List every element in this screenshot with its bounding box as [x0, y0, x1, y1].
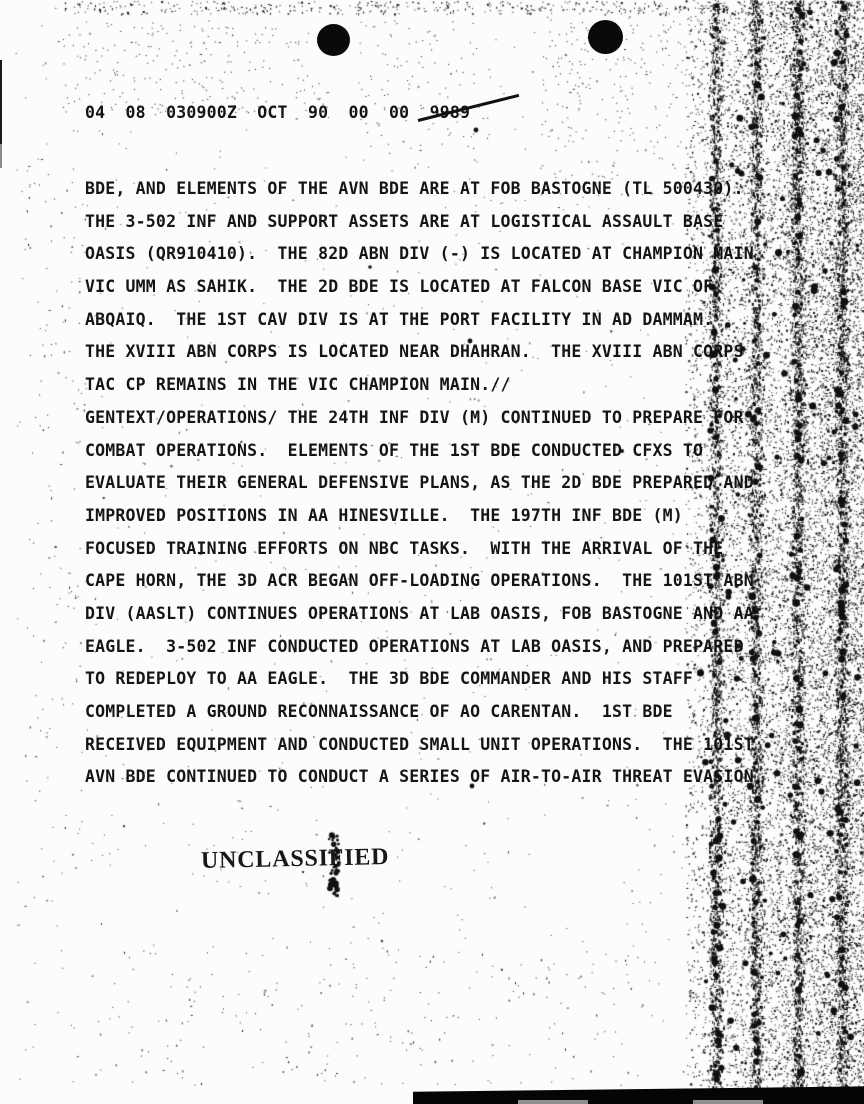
message-body: BDE, AND ELEMENTS OF THE AVN BDE ARE AT …: [85, 174, 754, 795]
document-line: RECEIVED EQUIPMENT AND CONDUCTED SMALL U…: [85, 730, 754, 763]
document-line: DIV (AASLT) CONTINUES OPERATIONS AT LAB …: [85, 599, 754, 632]
document-line: COMPLETED A GROUND RECONNAISSANCE OF AO …: [85, 697, 754, 730]
document-line: OASIS (QR910410). THE 82D ABN DIV (-) IS…: [85, 239, 754, 272]
cancelled-code: 9989: [430, 105, 471, 122]
punch-hole-icon: [588, 20, 623, 54]
punch-hole-icon: [317, 24, 350, 56]
header-codes: 04 08 030900Z OCT 90 00 00: [85, 103, 409, 122]
scanned-document-page: 04 08 030900Z OCT 90 00 00 9989 BDE, AND…: [0, 0, 864, 1104]
document-line: THE 3-502 INF AND SUPPORT ASSETS ARE AT …: [85, 207, 754, 240]
scan-edge-artifact: [0, 60, 2, 168]
document-line: TO REDEPLOY TO AA EAGLE. THE 3D BDE COMM…: [85, 664, 754, 697]
document-line: GENTEXT/OPERATIONS/ THE 24TH INF DIV (M)…: [85, 403, 754, 436]
document-line: AVN BDE CONTINUED TO CONDUCT A SERIES OF…: [85, 762, 754, 795]
document-line: COMBAT OPERATIONS. ELEMENTS OF THE 1ST B…: [85, 436, 754, 469]
document-line: EAGLE. 3-502 INF CONDUCTED OPERATIONS AT…: [85, 632, 754, 665]
document-line: VIC UMM AS SAHIK. THE 2D BDE IS LOCATED …: [85, 272, 754, 305]
document-line: IMPROVED POSITIONS IN AA HINESVILLE. THE…: [85, 501, 754, 534]
message-header: 04 08 030900Z OCT 90 00 00 9989: [85, 105, 470, 122]
document-line: CAPE HORN, THE 3D ACR BEGAN OFF-LOADING …: [85, 566, 754, 599]
document-line: EVALUATE THEIR GENERAL DEFENSIVE PLANS, …: [85, 468, 754, 501]
unclassified-stamp: UNCLASSIFIED: [201, 844, 390, 875]
document-line: FOCUSED TRAINING EFFORTS ON NBC TASKS. W…: [85, 534, 754, 567]
document-line: TAC CP REMAINS IN THE VIC CHAMPION MAIN.…: [85, 370, 754, 403]
document-line: BDE, AND ELEMENTS OF THE AVN BDE ARE AT …: [85, 174, 754, 207]
document-line: THE XVIII ABN CORPS IS LOCATED NEAR DHAH…: [85, 337, 754, 370]
document-line: ABQAIQ. THE 1ST CAV DIV IS AT THE PORT F…: [85, 305, 754, 338]
scan-bottom-bar-artifact: [413, 1086, 864, 1104]
